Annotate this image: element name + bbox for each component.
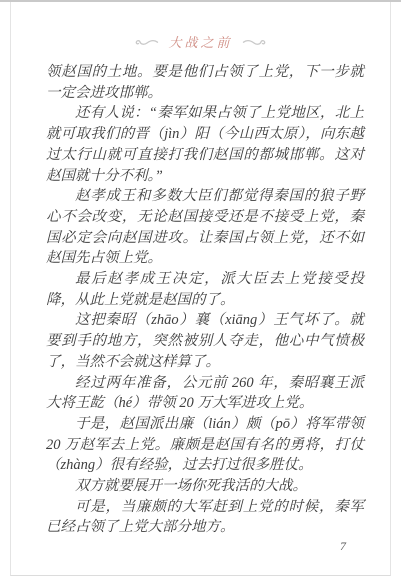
- body-paragraph: 于是，赵国派出廉（lián）颇（pō）将军带领 20 万赵军去上党。廉颇是赵国有…: [46, 414, 364, 476]
- body-paragraph: 还有人说：“秦军如果占领了上党地区，北上就可取我们的晋（jìn）阳（今山西太原）…: [46, 103, 364, 186]
- body-paragraph: 最后赵孝成王决定，派大臣去上党接受投降，从此上党就是赵国的了。: [46, 269, 364, 310]
- chapter-header: 大战之前: [11, 32, 390, 51]
- body-paragraph: 双方就要展开一场你死我活的大战。: [46, 476, 364, 497]
- body-text: 领赵国的土地。要是他们占领了上党，下一步就一定会进攻邯郸。还有人说：“秦军如果占…: [46, 62, 364, 538]
- body-paragraph: 领赵国的土地。要是他们占领了上党，下一步就一定会进攻邯郸。: [46, 62, 364, 103]
- book-page-screen: 大战之前 领赵国的土地。要是他们占领了上党，下一步就一定会进攻邯郸。还有人说：“…: [0, 0, 401, 583]
- swirl-icon: [242, 36, 266, 48]
- chapter-title: 大战之前: [168, 32, 232, 51]
- body-paragraph: 经过两年准备，公元前 260 年，秦昭襄王派大将王龁（hé）带领 20 万大军进…: [46, 373, 364, 414]
- body-paragraph: 赵孝成王和多数大臣们都觉得秦国的狼子野心不会改变，无论赵国接受还是不接受上党，秦…: [46, 186, 364, 269]
- page: 大战之前 领赵国的土地。要是他们占领了上党，下一步就一定会进攻邯郸。还有人说：“…: [10, 2, 391, 576]
- body-paragraph: 这把秦昭（zhāo）襄（xiāng）王气坏了。就要到手的地方，突然被别人夺走，他…: [46, 310, 364, 372]
- swirl-icon: [135, 36, 159, 48]
- body-paragraph: 可是，当廉颇的大军赶到上党的时候，秦军已经占领了上党大部分地方。: [46, 497, 364, 538]
- page-number: 7: [340, 539, 346, 554]
